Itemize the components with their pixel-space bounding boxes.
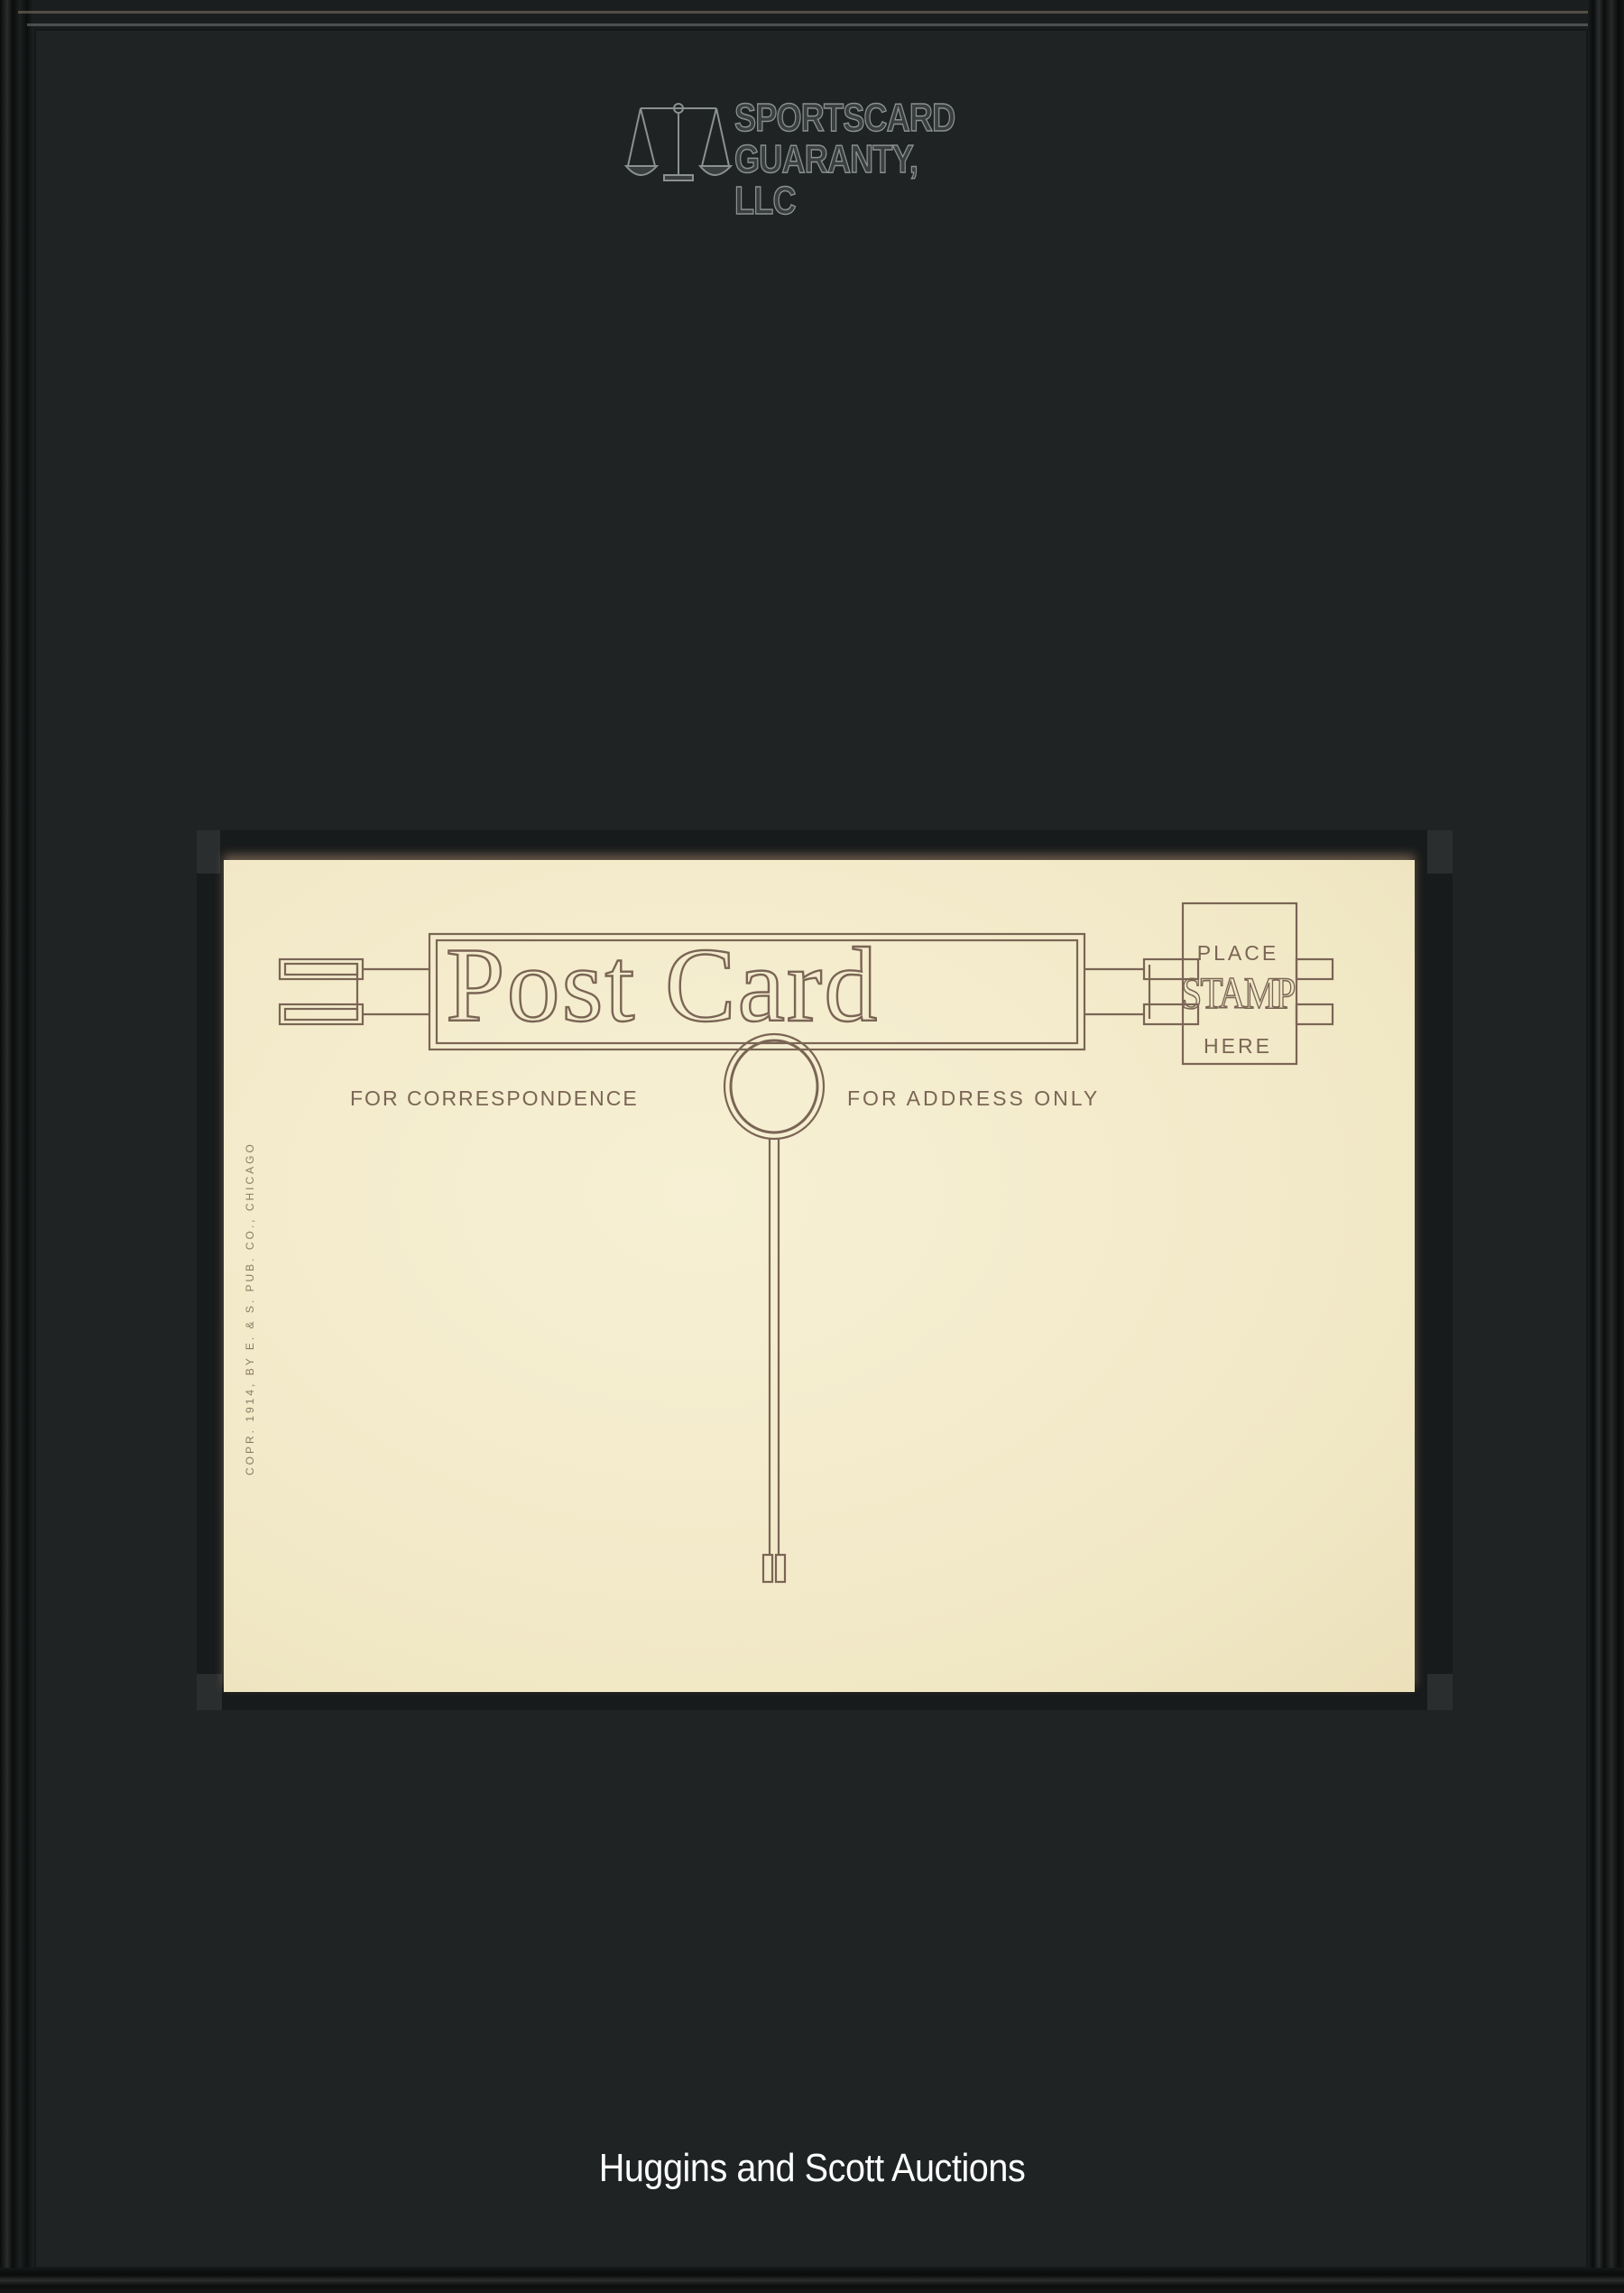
window-corner-notch bbox=[1427, 830, 1453, 874]
address-label: FOR ADDRESS ONLY bbox=[847, 1086, 1100, 1111]
stamp-box-line3: HERE bbox=[1182, 1034, 1294, 1059]
window-corner-notch bbox=[1427, 1674, 1453, 1710]
grader-logo: SPORTSCARD GUARANTY, LLC bbox=[624, 96, 1021, 186]
postcard-title: Post Card bbox=[446, 932, 879, 1039]
grader-logo-text: SPORTSCARD GUARANTY, LLC bbox=[734, 97, 970, 222]
grader-name-line1: SPORTSCARD bbox=[734, 97, 970, 139]
stamp-box-line1: PLACE bbox=[1182, 941, 1294, 966]
grader-name-line2: GUARANTY, LLC bbox=[734, 139, 970, 222]
auction-watermark: Huggins and Scott Auctions bbox=[81, 2146, 1543, 2191]
window-corner-notch bbox=[197, 830, 220, 874]
stamp-box-line2: STAMP bbox=[1178, 966, 1296, 1019]
slab-top-edge bbox=[18, 11, 1606, 14]
postcard-back: Post Card PLACE STAMP HERE FOR CORRESPON… bbox=[224, 860, 1415, 1692]
slab-bottom-edge bbox=[0, 2268, 1624, 2293]
slab-right-edge bbox=[1588, 0, 1624, 2293]
scales-of-justice-icon bbox=[624, 101, 733, 186]
correspondence-label: FOR CORRESPONDENCE bbox=[350, 1086, 639, 1111]
slab-top-edge-inner bbox=[27, 23, 1597, 26]
copyright-notice: COPR. 1914, BY E. & S. PUB. CO., CHICAGO bbox=[244, 1142, 256, 1475]
window-corner-notch bbox=[197, 1674, 222, 1710]
